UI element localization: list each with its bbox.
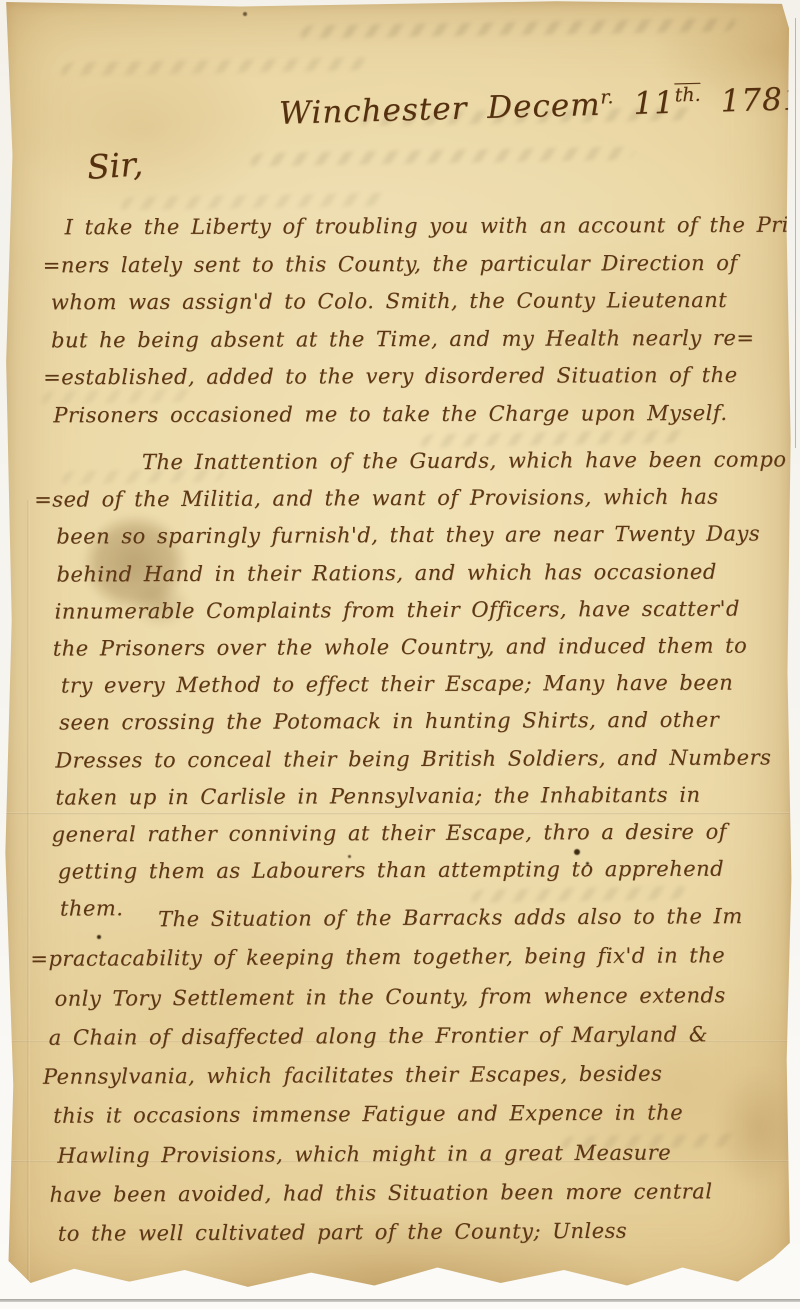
letter-line: but he being absent at the Time, and my … — [51, 325, 800, 365]
dateline-month-suffix: r. — [600, 86, 614, 108]
letter-line: have been avoided, had this Situation be… — [50, 1179, 745, 1222]
letter-line: a Chain of disaffected along the Frontie… — [49, 1022, 744, 1065]
salutation: Sir, — [86, 144, 144, 187]
letter-line: the Prisoners over the whole Country, an… — [53, 633, 788, 673]
letter-line: getting them as Labourers than attemptin… — [58, 856, 789, 896]
letter-line: =sed of the Militia, and the want of Pro… — [34, 485, 787, 525]
paragraph-1: I take the Liberty of troubling you with… — [43, 213, 800, 441]
letter-line: been so sparingly furnish'd, that they a… — [56, 522, 787, 562]
scanner-edge-line — [0, 1299, 800, 1302]
letter-line: whom was assign'd to Colo. Smith, the Co… — [51, 288, 800, 328]
letter-line: innumerable Complaints from their Office… — [55, 596, 788, 636]
letter-line: taken up in Carlisle in Pennsylvania; th… — [55, 782, 788, 822]
dateline-day-suffix: th. — [674, 84, 701, 107]
scanner-edge-line — [795, 18, 796, 448]
dateline-day: 11 — [633, 85, 675, 122]
dateline-year: 1781. — [720, 81, 800, 120]
letter-line: The Inattention of the Guards, which hav… — [142, 447, 787, 487]
letter-line: =ners lately sent to this County, the pa… — [43, 250, 800, 290]
letter-line: behind Hand in their Rations, and which … — [56, 559, 787, 599]
ink-speck — [243, 12, 247, 16]
letter-line: Prisoners occasioned me to take the Char… — [53, 401, 800, 441]
letter-line: seen crossing the Potomack in hunting Sh… — [59, 708, 788, 748]
letter-line: =practacability of keeping them together… — [30, 943, 743, 986]
letter-page: Winchester Decemr. 11th. 1781. Sir, I ta… — [3, 0, 793, 1292]
letter-line: this it occasions immense Fatigue and Ex… — [53, 1101, 744, 1144]
letter-line: Pennsylvania, which facilitates their Es… — [43, 1061, 744, 1104]
letter-line: The Situation of the Barracks adds also … — [158, 904, 743, 946]
letter-line: Hawling Provisions, which might in a gre… — [57, 1140, 744, 1183]
letter-line: general rather conniving at their Escape… — [52, 819, 789, 859]
letter-line: Dresses to conceal their being British S… — [55, 745, 788, 785]
letter-line: try every Method to effect their Escape;… — [61, 670, 788, 710]
fold-crease — [27, 500, 30, 1280]
letter-line: only Tory Settlement in the County, from… — [54, 983, 743, 1026]
letter-line: =established, added to the very disorder… — [43, 363, 800, 403]
letter-line: I take the Liberty of troubling you with… — [65, 213, 800, 253]
letter-line: to the well cultivated part of the Count… — [58, 1219, 745, 1262]
paragraph-3: The Situation of the Barracks adds also … — [30, 904, 744, 1261]
paragraph-2: The Inattention of the Guards, which hav… — [34, 447, 789, 934]
scanned-letter-background: Winchester Decemr. 11th. 1781. Sir, I ta… — [0, 0, 800, 1309]
